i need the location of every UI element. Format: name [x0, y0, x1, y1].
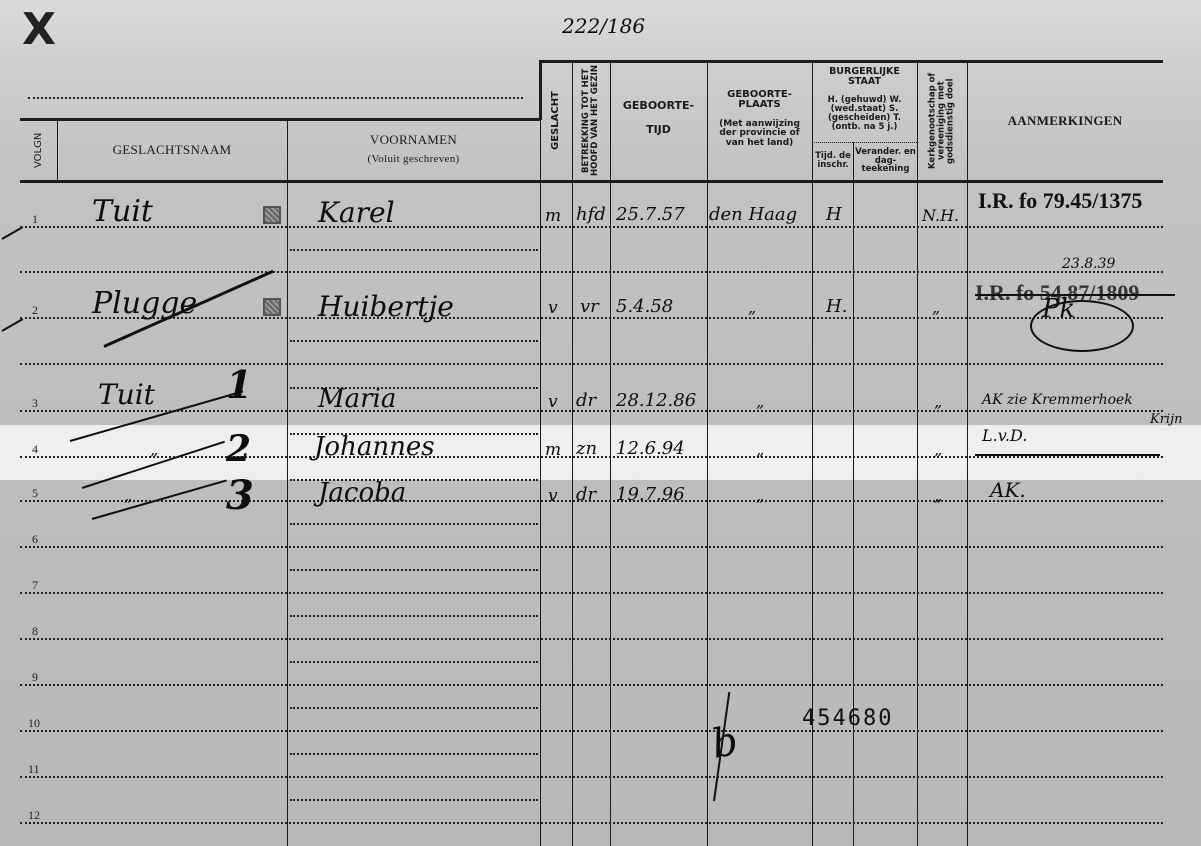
header-betrekking: BETREKKING TOT HET HOOFD VAN HET GEZIN	[573, 64, 609, 178]
row-line-1b	[290, 249, 538, 251]
row3-relation: dr	[576, 390, 596, 411]
header-bottom-rule	[20, 180, 1163, 183]
row2-birth-place: „	[748, 298, 756, 317]
col-line-geboortetijd	[707, 62, 708, 846]
header-geboorteplaats-sub: (Met aanwijzing der provincie of van het…	[710, 114, 809, 154]
header-verander: Verander. en dag-teekening	[854, 144, 917, 178]
row-line-11	[20, 776, 1163, 778]
row-line-11b	[290, 753, 538, 755]
row-line-7b	[290, 569, 538, 571]
header-geslachtsnaam: GESLACHTSNAAM	[57, 122, 287, 178]
row2-surname: Plugge	[92, 286, 197, 321]
col-line-geslachtsnaam	[287, 120, 288, 846]
row2-tick-mark	[2, 318, 24, 332]
row5-remarks: AK.	[990, 478, 1026, 502]
row-line-9	[20, 684, 1163, 686]
row2-remarks-circle	[1030, 300, 1134, 352]
header-geslacht: GESLACHT	[541, 64, 571, 178]
row-line-3a	[20, 363, 1163, 365]
row5-given-name: Jacoba	[318, 478, 406, 508]
row-line-10b	[290, 707, 538, 709]
row5-birth-date: 19.7.96	[616, 484, 685, 505]
header-voornamen-sub: (Voluit geschreven)	[287, 152, 540, 168]
row2-church: „	[932, 298, 940, 317]
row-line-6b	[290, 523, 538, 525]
header-geboortetijd-2: TIJD	[610, 120, 707, 140]
row-number: 9	[32, 670, 38, 685]
row-number: 12	[28, 808, 40, 823]
row4-given-name: Johannes	[314, 432, 435, 462]
row-line-12b	[290, 799, 538, 801]
row3-given-name: Maria	[318, 384, 396, 414]
row4-child-index: 2	[226, 428, 251, 470]
row1-civil-status: H	[826, 204, 842, 225]
row3-birth-date: 28.12.86	[616, 390, 696, 411]
corner-x-mark: X	[22, 4, 56, 55]
row4-birth-date: 12.6.94	[616, 438, 685, 459]
register-card: X 222/186 VOLGN GESLACHTSNAAM VOORNAMEN …	[0, 0, 1201, 846]
row3-birth-place: „	[756, 392, 764, 411]
row-number: 4	[32, 442, 38, 457]
row1-given-name: Karel	[318, 196, 395, 229]
row-line-2b	[290, 340, 538, 342]
header-top-rule-right	[540, 60, 1163, 63]
row-line-2a	[20, 271, 1163, 273]
row-number: 6	[32, 532, 38, 547]
row-line-7	[20, 592, 1163, 594]
col-line-verander	[917, 62, 918, 846]
row4-sex: m	[545, 440, 561, 460]
row4-relation: zn	[576, 438, 597, 459]
row1-relation: hfd	[576, 204, 606, 225]
row3-remarks-line2: Krijn	[1150, 412, 1183, 427]
row5-birth-place: „	[756, 486, 764, 505]
row1-stamp-square-icon	[263, 206, 281, 224]
header-geboorteplaats: GEBOORTE-PLAATS	[710, 86, 809, 114]
burgerlijke-staat-divider	[812, 142, 917, 143]
row-number: 5	[32, 486, 38, 501]
row-number: 3	[32, 396, 38, 411]
reference-number: 222/186	[562, 14, 645, 38]
row-line-1	[20, 226, 1163, 228]
header-voornamen: VOORNAMEN	[287, 126, 540, 154]
row1-birth-date: 25.7.57	[616, 204, 685, 225]
row4-church: „	[934, 440, 942, 459]
row5-church: „	[934, 486, 942, 505]
row3-remarks: AK zie Kremmerhoek	[982, 392, 1133, 408]
row1-remarks: I.R. fo 79.45/1375	[978, 188, 1142, 214]
row5-surname-ditto: „	[124, 486, 132, 505]
row4-remarks-underline	[975, 454, 1160, 456]
row-number: 8	[32, 624, 38, 639]
header-burgerlijke-staat: BURGERLIJKE STAAT	[814, 64, 915, 90]
header-tijd-inschr: Tijd. de inschr.	[813, 144, 853, 178]
header-kerkgenootschap: Kerkgenootschap of vereeniging met godsd…	[919, 64, 965, 178]
row1-sex: m	[545, 206, 561, 226]
row-number: 2	[32, 303, 38, 318]
row-line-9b	[290, 661, 538, 663]
row2-birth-date: 5.4.58	[616, 296, 673, 317]
row3-church: „	[934, 392, 942, 411]
col-line-geslacht	[572, 62, 573, 846]
row-line-10	[20, 730, 1163, 732]
row3-sex: v	[548, 392, 558, 412]
col-line-betrekking	[610, 62, 611, 846]
row2-sex: v	[548, 298, 558, 318]
row-number: 11	[28, 762, 40, 777]
row-line-8	[20, 638, 1163, 640]
col-line-kerk	[967, 62, 968, 846]
top-dotted-line	[28, 97, 523, 99]
row2-civil-status: H.	[826, 296, 847, 317]
row3-child-index: 1	[226, 362, 252, 407]
row5-relation: dr	[576, 484, 596, 505]
row-number: 7	[32, 578, 38, 593]
row-line-8b	[290, 615, 538, 617]
row-line-6	[20, 546, 1163, 548]
row4-birth-place: „	[756, 440, 764, 459]
row-number: 1	[32, 212, 38, 227]
col-line-voornamen	[540, 120, 541, 846]
col-line-tijd-inschr	[853, 142, 854, 846]
header-aanmerkingen: AANMERKINGEN	[967, 64, 1163, 178]
row1-birth-place: den Haag	[709, 204, 797, 225]
row2-given-name: Huibertje	[318, 290, 454, 323]
row5-sex: v	[548, 486, 558, 506]
header-volgn: VOLGN	[26, 122, 52, 178]
row-line-12	[20, 822, 1163, 824]
row4-remarks: L.v.D.	[982, 426, 1027, 445]
row3-surname: Tuit	[98, 378, 155, 411]
row1-surname: Tuit	[92, 194, 153, 229]
row4-surname-ditto: „	[150, 440, 158, 459]
header-burgerlijke-staat-legend: H. (gehuwd) W. (wed.staat) S. (gescheide…	[814, 88, 915, 140]
row-number: 10	[28, 716, 40, 731]
row2-relation: vr	[580, 296, 599, 317]
row1-church: N.H.	[922, 206, 959, 225]
serial-number-stamp: 454680	[802, 706, 893, 731]
row1-tick-mark	[2, 226, 24, 240]
row5-child-index: 3	[226, 472, 254, 519]
row2-remarks-date: 23.8.39	[1062, 256, 1115, 272]
row2-stamp-square-icon	[263, 298, 281, 316]
header-top-rule-left	[20, 118, 540, 121]
header-geboortetijd: GEBOORTE-	[610, 96, 707, 116]
